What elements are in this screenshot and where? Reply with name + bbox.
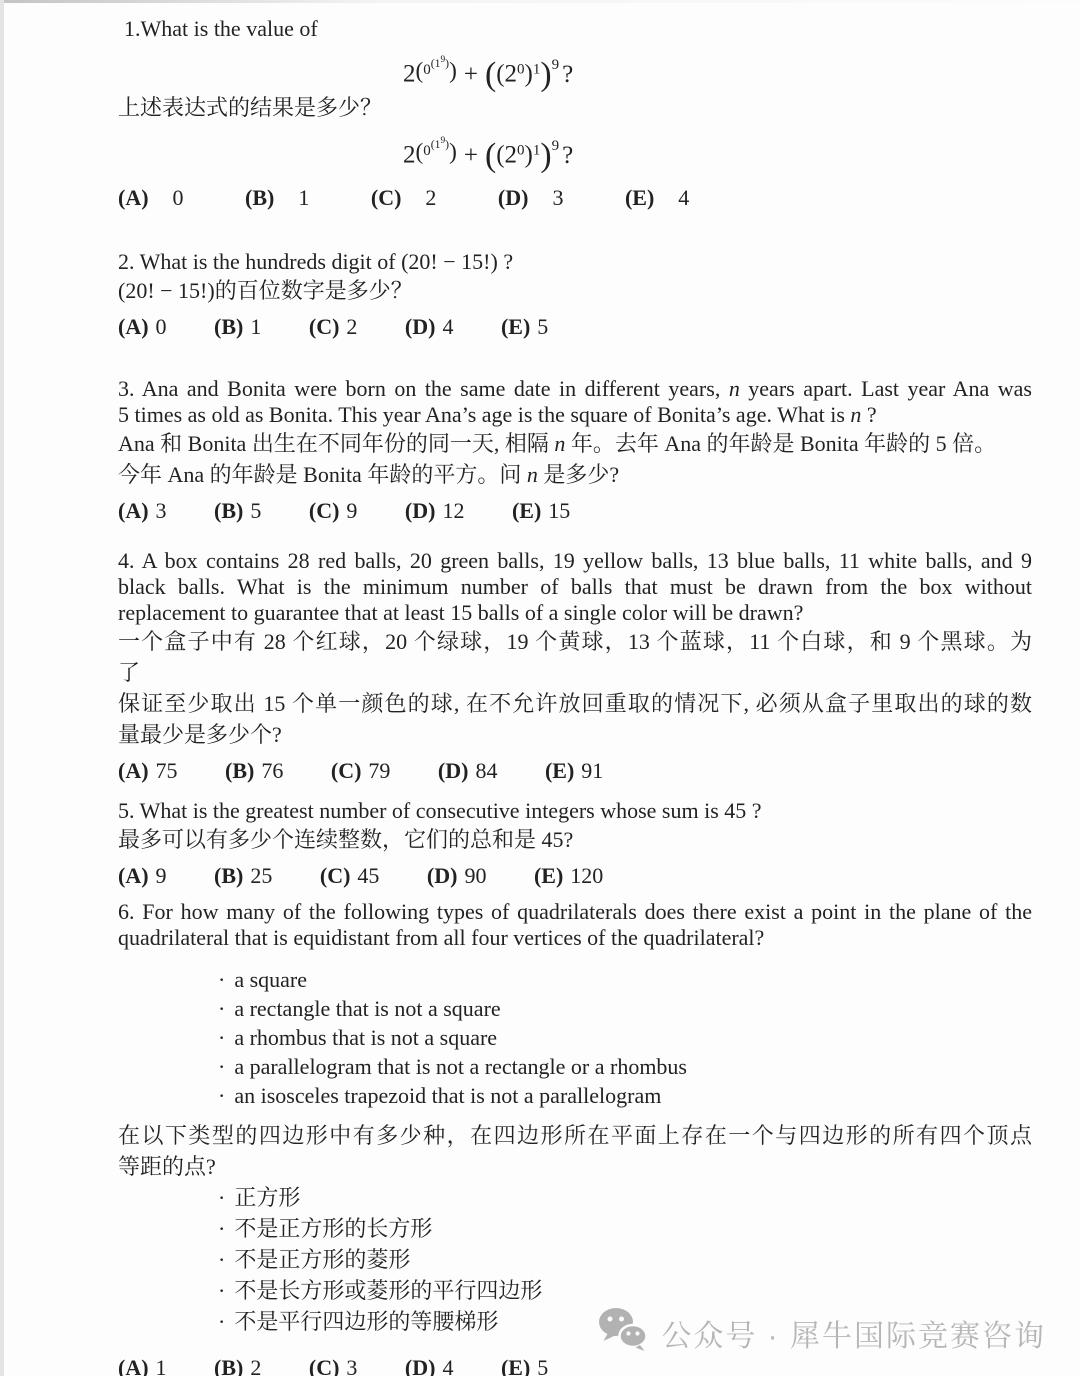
options-row: (A)3 (B)5 (C)9 (D)12 (E)15: [118, 496, 1032, 526]
question-text-zh: 量最少是多少个?: [118, 719, 1032, 750]
question-text-en: quadrilateral that is equidistant from a…: [118, 925, 1032, 951]
option: (A)3: [118, 496, 167, 526]
bullet-item: ·不是长方形或菱形的平行四边形: [218, 1275, 1032, 1306]
option-value: 3: [346, 1355, 357, 1376]
bullet-item: ·a square: [218, 965, 1032, 994]
question-5: 5. What is the greatest number of consec…: [118, 798, 1032, 891]
option-label: (A): [118, 314, 149, 339]
bullet-dot-icon: ·: [218, 996, 225, 1021]
option: (E)91: [545, 756, 603, 786]
option-value: 15: [548, 498, 570, 523]
option: (B)2: [214, 1353, 261, 1376]
option-label: (D): [405, 314, 436, 339]
option: (C)2: [309, 312, 358, 342]
option-value: 84: [475, 758, 497, 783]
question-text-zh: 上述表达式的结果是多少？: [118, 92, 1032, 123]
bullet-dot-icon: ·: [218, 1278, 225, 1303]
option: (B)76: [225, 756, 283, 786]
option-value: 5: [250, 498, 261, 523]
bullet-item: ·a rhombus that is not a square: [218, 1023, 1032, 1052]
option-value: 2: [425, 185, 436, 210]
question-text-zh: 保证至少取出 15 个单一颜色的球, 在不允许放回重取的情况下, 必须从盒子里取…: [118, 688, 1032, 719]
question-text-en: 5 times as old as Bonita. This year Ana’…: [118, 402, 1032, 428]
option-value: 5: [537, 1355, 548, 1376]
bullet-item: ·an isosceles trapezoid that is not a pa…: [218, 1081, 1032, 1110]
bullet-dot-icon: ·: [218, 1185, 225, 1210]
option: (C)9: [309, 496, 358, 526]
math-var-n: n: [554, 431, 565, 456]
option-value: 91: [581, 758, 603, 783]
option: (D)4: [405, 1353, 454, 1376]
option-label: (C): [309, 1355, 340, 1376]
option-label: (A): [118, 185, 149, 210]
bullet-item: ·正方形: [218, 1182, 1032, 1213]
option: (A)0: [118, 312, 167, 342]
question-text-en: 3. Ana and Bonita were born on the same …: [118, 376, 1032, 402]
question-text-en: 6. For how many of the following types o…: [118, 899, 1032, 925]
option-label: (C): [309, 314, 340, 339]
option: (E)5: [501, 312, 548, 342]
option-label: (E): [534, 863, 563, 888]
option-value: 120: [570, 863, 603, 888]
option-label: (E): [512, 498, 541, 523]
question-text-en: 1.What is the value of: [118, 16, 1032, 42]
option-value: 2: [250, 1355, 261, 1376]
option: (B)25: [214, 861, 272, 891]
option: (B)5: [214, 496, 261, 526]
question-text-zh: Ana 和 Bonita 出生在不同年份的同一天, 相隔 n 年。去年 Ana …: [118, 428, 1032, 459]
option: (A)75: [118, 756, 178, 786]
question-text-en: 4. A box contains 28 red balls, 20 green…: [118, 548, 1032, 574]
math-expression-body: 2(0(19))+((20)1)9?: [403, 139, 573, 173]
question-3: 3. Ana and Bonita were born on the same …: [118, 376, 1032, 526]
option-label: (C): [320, 863, 351, 888]
math-expression: 2(0(19))+((20)1)9?: [403, 42, 1032, 92]
options-row: (A)9 (B)25 (C)45 (D)90 (E)120: [118, 861, 1032, 891]
option-label: (B): [214, 314, 243, 339]
math-expression: 2(0(19))+((20)1)9?: [403, 123, 1032, 173]
option-label: (C): [371, 185, 402, 210]
watermark: 公众号 · 犀牛国际竞赛咨询: [597, 1306, 1046, 1360]
option-value: 25: [250, 863, 272, 888]
option-label: (A): [118, 863, 149, 888]
option-value: 4: [442, 314, 453, 339]
option-label: (D): [438, 758, 469, 783]
question-4: 4. A box contains 28 red balls, 20 green…: [118, 548, 1032, 786]
math-var-n: n: [729, 376, 740, 401]
option-value: 5: [537, 314, 548, 339]
question-1: 1.What is the value of 2(0(19))+((20)1)9…: [118, 16, 1032, 213]
option-value: 9: [156, 863, 167, 888]
bullet-dot-icon: ·: [218, 1216, 225, 1241]
option-label: (B): [245, 185, 274, 210]
watermark-text: 公众号 · 犀牛国际竞赛咨询: [661, 1311, 1046, 1355]
question-text-zh: 等距的点?: [118, 1151, 1032, 1182]
options-row: (A)75 (B)76 (C)79 (D)84 (E)91: [118, 756, 1032, 786]
option-label: (C): [309, 498, 340, 523]
wechat-icon: [597, 1306, 649, 1360]
option-label: (C): [331, 758, 362, 783]
option-label: (E): [501, 314, 530, 339]
option-label: (A): [118, 758, 149, 783]
bullet-dot-icon: ·: [218, 1309, 225, 1334]
option-value: 1: [250, 314, 261, 339]
option-value: 12: [442, 498, 464, 523]
option-value: 9: [346, 498, 357, 523]
option-value: 79: [368, 758, 390, 783]
question-2: 2. What is the hundreds digit of (20! − …: [118, 249, 1032, 342]
option: (A)9: [118, 861, 167, 891]
option: (A)1: [118, 1353, 167, 1376]
option-label: (E): [501, 1355, 530, 1376]
option-value: 1: [156, 1355, 167, 1376]
option-label: (B): [214, 1355, 243, 1376]
option: (B)1: [245, 183, 309, 213]
options-row: (A)0 (B)1 (C)2 (D)3 (E)4: [118, 183, 1032, 213]
option-value: 2: [346, 314, 357, 339]
option-label: (B): [225, 758, 254, 783]
option: (E)5: [501, 1353, 548, 1376]
bullet-dot-icon: ·: [218, 1054, 225, 1079]
question-text-en: black balls. What is the minimum number …: [118, 574, 1032, 600]
option-label: (D): [427, 863, 458, 888]
option: (D)4: [405, 312, 454, 342]
option: (D)12: [405, 496, 465, 526]
option-value: 4: [678, 185, 689, 210]
option: (C)3: [309, 1353, 358, 1376]
option-label: (E): [625, 185, 654, 210]
option-value: 76: [261, 758, 283, 783]
bullet-dot-icon: ·: [218, 1083, 225, 1108]
option-label: (A): [118, 1355, 149, 1376]
bullet-item: ·a parallelogram that is not a rectangle…: [218, 1052, 1032, 1081]
option: (D)84: [438, 756, 498, 786]
option-label: (B): [214, 498, 243, 523]
page-edge-top: [0, 0, 1080, 3]
document-page: 1.What is the value of 2(0(19))+((20)1)9…: [0, 0, 1080, 1376]
option-value: 1: [298, 185, 309, 210]
option: (B)1: [214, 312, 261, 342]
option-value: 90: [464, 863, 486, 888]
bullet-dot-icon: ·: [218, 1025, 225, 1050]
math-var-n: n: [850, 402, 861, 427]
option-value: 3: [552, 185, 563, 210]
option-value: 3: [156, 498, 167, 523]
question-text-zh: 今年 Ana 的年龄是 Bonita 年龄的平方。问 n 是多少?: [118, 459, 1032, 490]
question-6: 6. For how many of the following types o…: [118, 899, 1032, 1376]
bullet-item: ·a rectangle that is not a square: [218, 994, 1032, 1023]
math-expression-body: 2(0(19))+((20)1)9?: [403, 58, 573, 92]
option: (E)4: [625, 183, 689, 213]
option: (E)120: [534, 861, 603, 891]
option-label: (B): [214, 863, 243, 888]
option-value: 0: [156, 314, 167, 339]
question-text-zh: 了: [118, 657, 1032, 688]
option-value: 0: [173, 185, 184, 210]
exam-content: 1.What is the value of 2(0(19))+((20)1)9…: [0, 0, 1080, 1376]
question-text-en: 5. What is the greatest number of consec…: [118, 798, 1032, 824]
option-label: (E): [545, 758, 574, 783]
question-text-zh: 一个盒子中有 28 个红球，20 个绿球，19 个黄球，13 个蓝球，11 个白…: [118, 626, 1032, 657]
option-label: (D): [498, 185, 529, 210]
question-text-zh: 在以下类型的四边形中有多少种，在四边形所在平面上存在一个与四边形的所有四个顶点: [118, 1120, 1032, 1151]
question-text-en: 2. What is the hundreds digit of (20! − …: [118, 249, 1032, 275]
option-label: (D): [405, 1355, 436, 1376]
question-text-zh: 最多可以有多少个连续整数，它们的总和是 45?: [118, 824, 1032, 855]
option-value: 4: [442, 1355, 453, 1376]
question-text-en: replacement to guarantee that at least 1…: [118, 600, 1032, 626]
bullet-item: ·不是正方形的菱形: [218, 1244, 1032, 1275]
option: (E)15: [512, 496, 570, 526]
option: (A)0: [118, 183, 184, 213]
option: (C)79: [331, 756, 391, 786]
bullet-dot-icon: ·: [218, 1247, 225, 1272]
option: (C)45: [320, 861, 380, 891]
option-label: (D): [405, 498, 436, 523]
question-text-zh: (20! − 15!)的百位数字是多少？: [118, 275, 1032, 306]
bullet-dot-icon: ·: [218, 967, 225, 992]
bullet-item: ·不是正方形的长方形: [218, 1213, 1032, 1244]
page-edge-left: [0, 0, 4, 1376]
option-value: 45: [357, 863, 379, 888]
options-row: (A)0 (B)1 (C)2 (D)4 (E)5: [118, 312, 1032, 342]
option-label: (A): [118, 498, 149, 523]
option: (C)2: [371, 183, 437, 213]
option-value: 75: [156, 758, 178, 783]
math-var-n: n: [527, 462, 538, 487]
option: (D)90: [427, 861, 487, 891]
option: (D)3: [498, 183, 564, 213]
bullet-list-en: ·a square ·a rectangle that is not a squ…: [218, 965, 1032, 1110]
